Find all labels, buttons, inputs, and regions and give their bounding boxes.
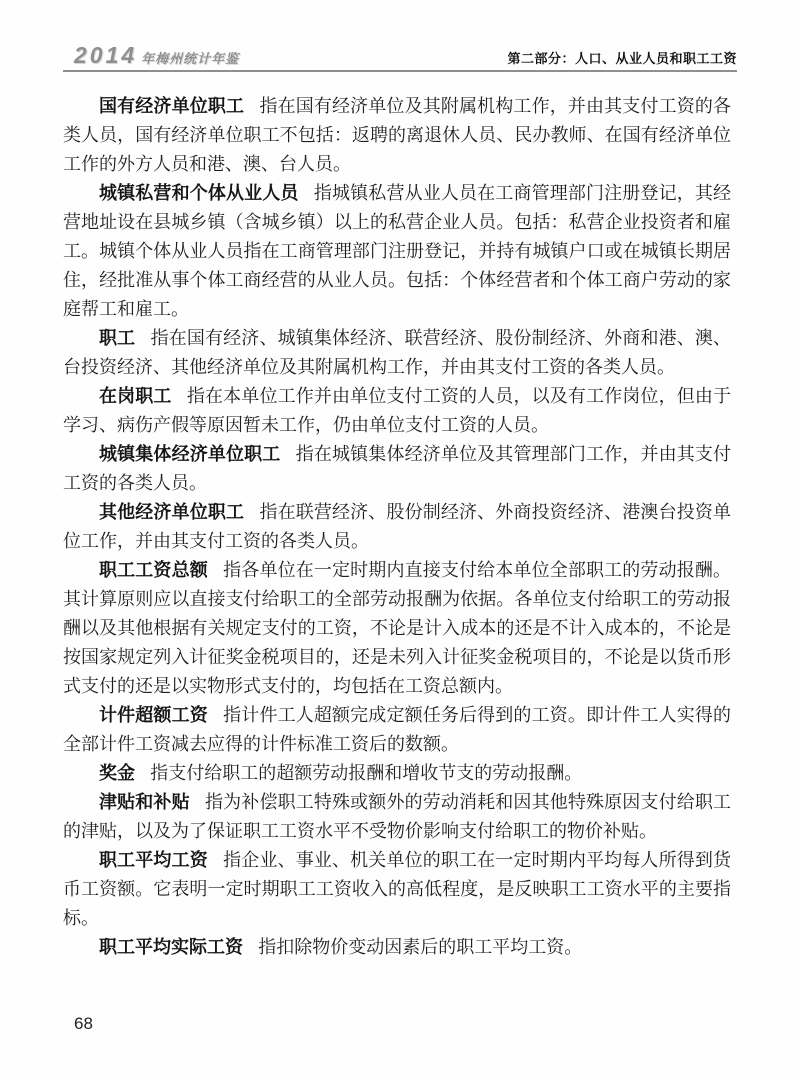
definition-text: 指各单位在一定时期内直接支付给本单位全部职工的劳动报酬。其计算原则应以直接支付给… — [63, 560, 731, 696]
definition-paragraph: 在岗职工指在本单位工作并由单位支付工资的人员，以及有工作岗位，但由于学习、病伤产… — [63, 382, 731, 440]
definition-paragraph: 职工平均实际工资指扣除物价变动因素后的职工平均工资。 — [63, 933, 731, 962]
definition-term: 计件超额工资 — [99, 705, 208, 725]
definition-term: 职工平均实际工资 — [99, 937, 243, 957]
definition-paragraph: 职工指在国有经济、城镇集体经济、联营经济、股份制经济、外商和港、澳、台投资经济、… — [63, 324, 731, 382]
definition-text: 指扣除物价变动因素后的职工平均工资。 — [258, 937, 582, 957]
logo-year-text: 2014 — [74, 44, 137, 67]
page-number: 68 — [74, 1014, 93, 1034]
section-title: 第二部分：人口、从业人员和职工工资 — [507, 51, 737, 67]
definition-paragraph: 津贴和补贴指为补偿职工特殊或额外的劳动消耗和因其他特殊原因支付给职工的津贴，以及… — [63, 788, 731, 846]
yearbook-logo: 2014 年梅州统计年鉴 — [63, 44, 239, 67]
definition-term: 在岗职工 — [99, 386, 172, 406]
definition-paragraph: 其他经济单位职工指在联营经济、股份制经济、外商投资经济、港澳台投资单位工作，并由… — [63, 498, 731, 556]
definition-paragraph: 城镇集体经济单位职工指在城镇集体经济单位及其管理部门工作，并由其支付工资的各类人… — [63, 440, 731, 498]
definition-paragraph: 职工平均工资指企业、事业、机关单位的职工在一定时期内平均每人所得到货币工资额。它… — [63, 846, 731, 933]
definition-paragraph: 奖金指支付给职工的超额劳动报酬和增收节支的劳动报酬。 — [63, 759, 731, 788]
definition-term: 职工工资总额 — [99, 560, 208, 580]
definition-text: 指城镇私营从业人员在工商管理部门注册登记，其经营地址设在县城乡镇（含城乡镇）以上… — [63, 183, 731, 319]
definition-term: 城镇私营和个体从业人员 — [99, 183, 299, 203]
definition-paragraph: 计件超额工资指计件工人超额完成定额任务后得到的工资。即计件工人实得的全部计件工资… — [63, 701, 731, 759]
definition-term: 职工 — [99, 328, 135, 348]
definitions-content: 国有经济单位职工指在国有经济单位及其附属机构工作，并由其支付工资的各类人员，国有… — [63, 92, 731, 962]
definition-term: 国有经济单位职工 — [99, 96, 244, 116]
definition-text: 指在国有经济、城镇集体经济、联营经济、股份制经济、外商和港、澳、台投资经济、其他… — [63, 328, 731, 377]
definition-term: 奖金 — [99, 763, 135, 783]
definition-term: 城镇集体经济单位职工 — [99, 444, 280, 464]
definition-paragraph: 城镇私营和个体从业人员指城镇私营从业人员在工商管理部门注册登记，其经营地址设在县… — [63, 179, 731, 324]
definition-paragraph: 职工工资总额指各单位在一定时期内直接支付给本单位全部职工的劳动报酬。其计算原则应… — [63, 556, 731, 701]
definition-term: 津贴和补贴 — [99, 792, 190, 812]
logo-title-text: 年梅州统计年鉴 — [141, 52, 239, 65]
page-header: 2014 年梅州统计年鉴 第二部分：人口、从业人员和职工工资 — [63, 44, 737, 72]
definition-paragraph: 国有经济单位职工指在国有经济单位及其附属机构工作，并由其支付工资的各类人员，国有… — [63, 92, 731, 179]
yearbook-page: 2014 年梅州统计年鉴 第二部分：人口、从业人员和职工工资 国有经济单位职工指… — [0, 0, 794, 1077]
definition-term: 职工平均工资 — [99, 850, 208, 870]
definition-text: 指支付给职工的超额劳动报酬和增收节支的劳动报酬。 — [150, 763, 582, 783]
definition-term: 其他经济单位职工 — [99, 502, 244, 522]
